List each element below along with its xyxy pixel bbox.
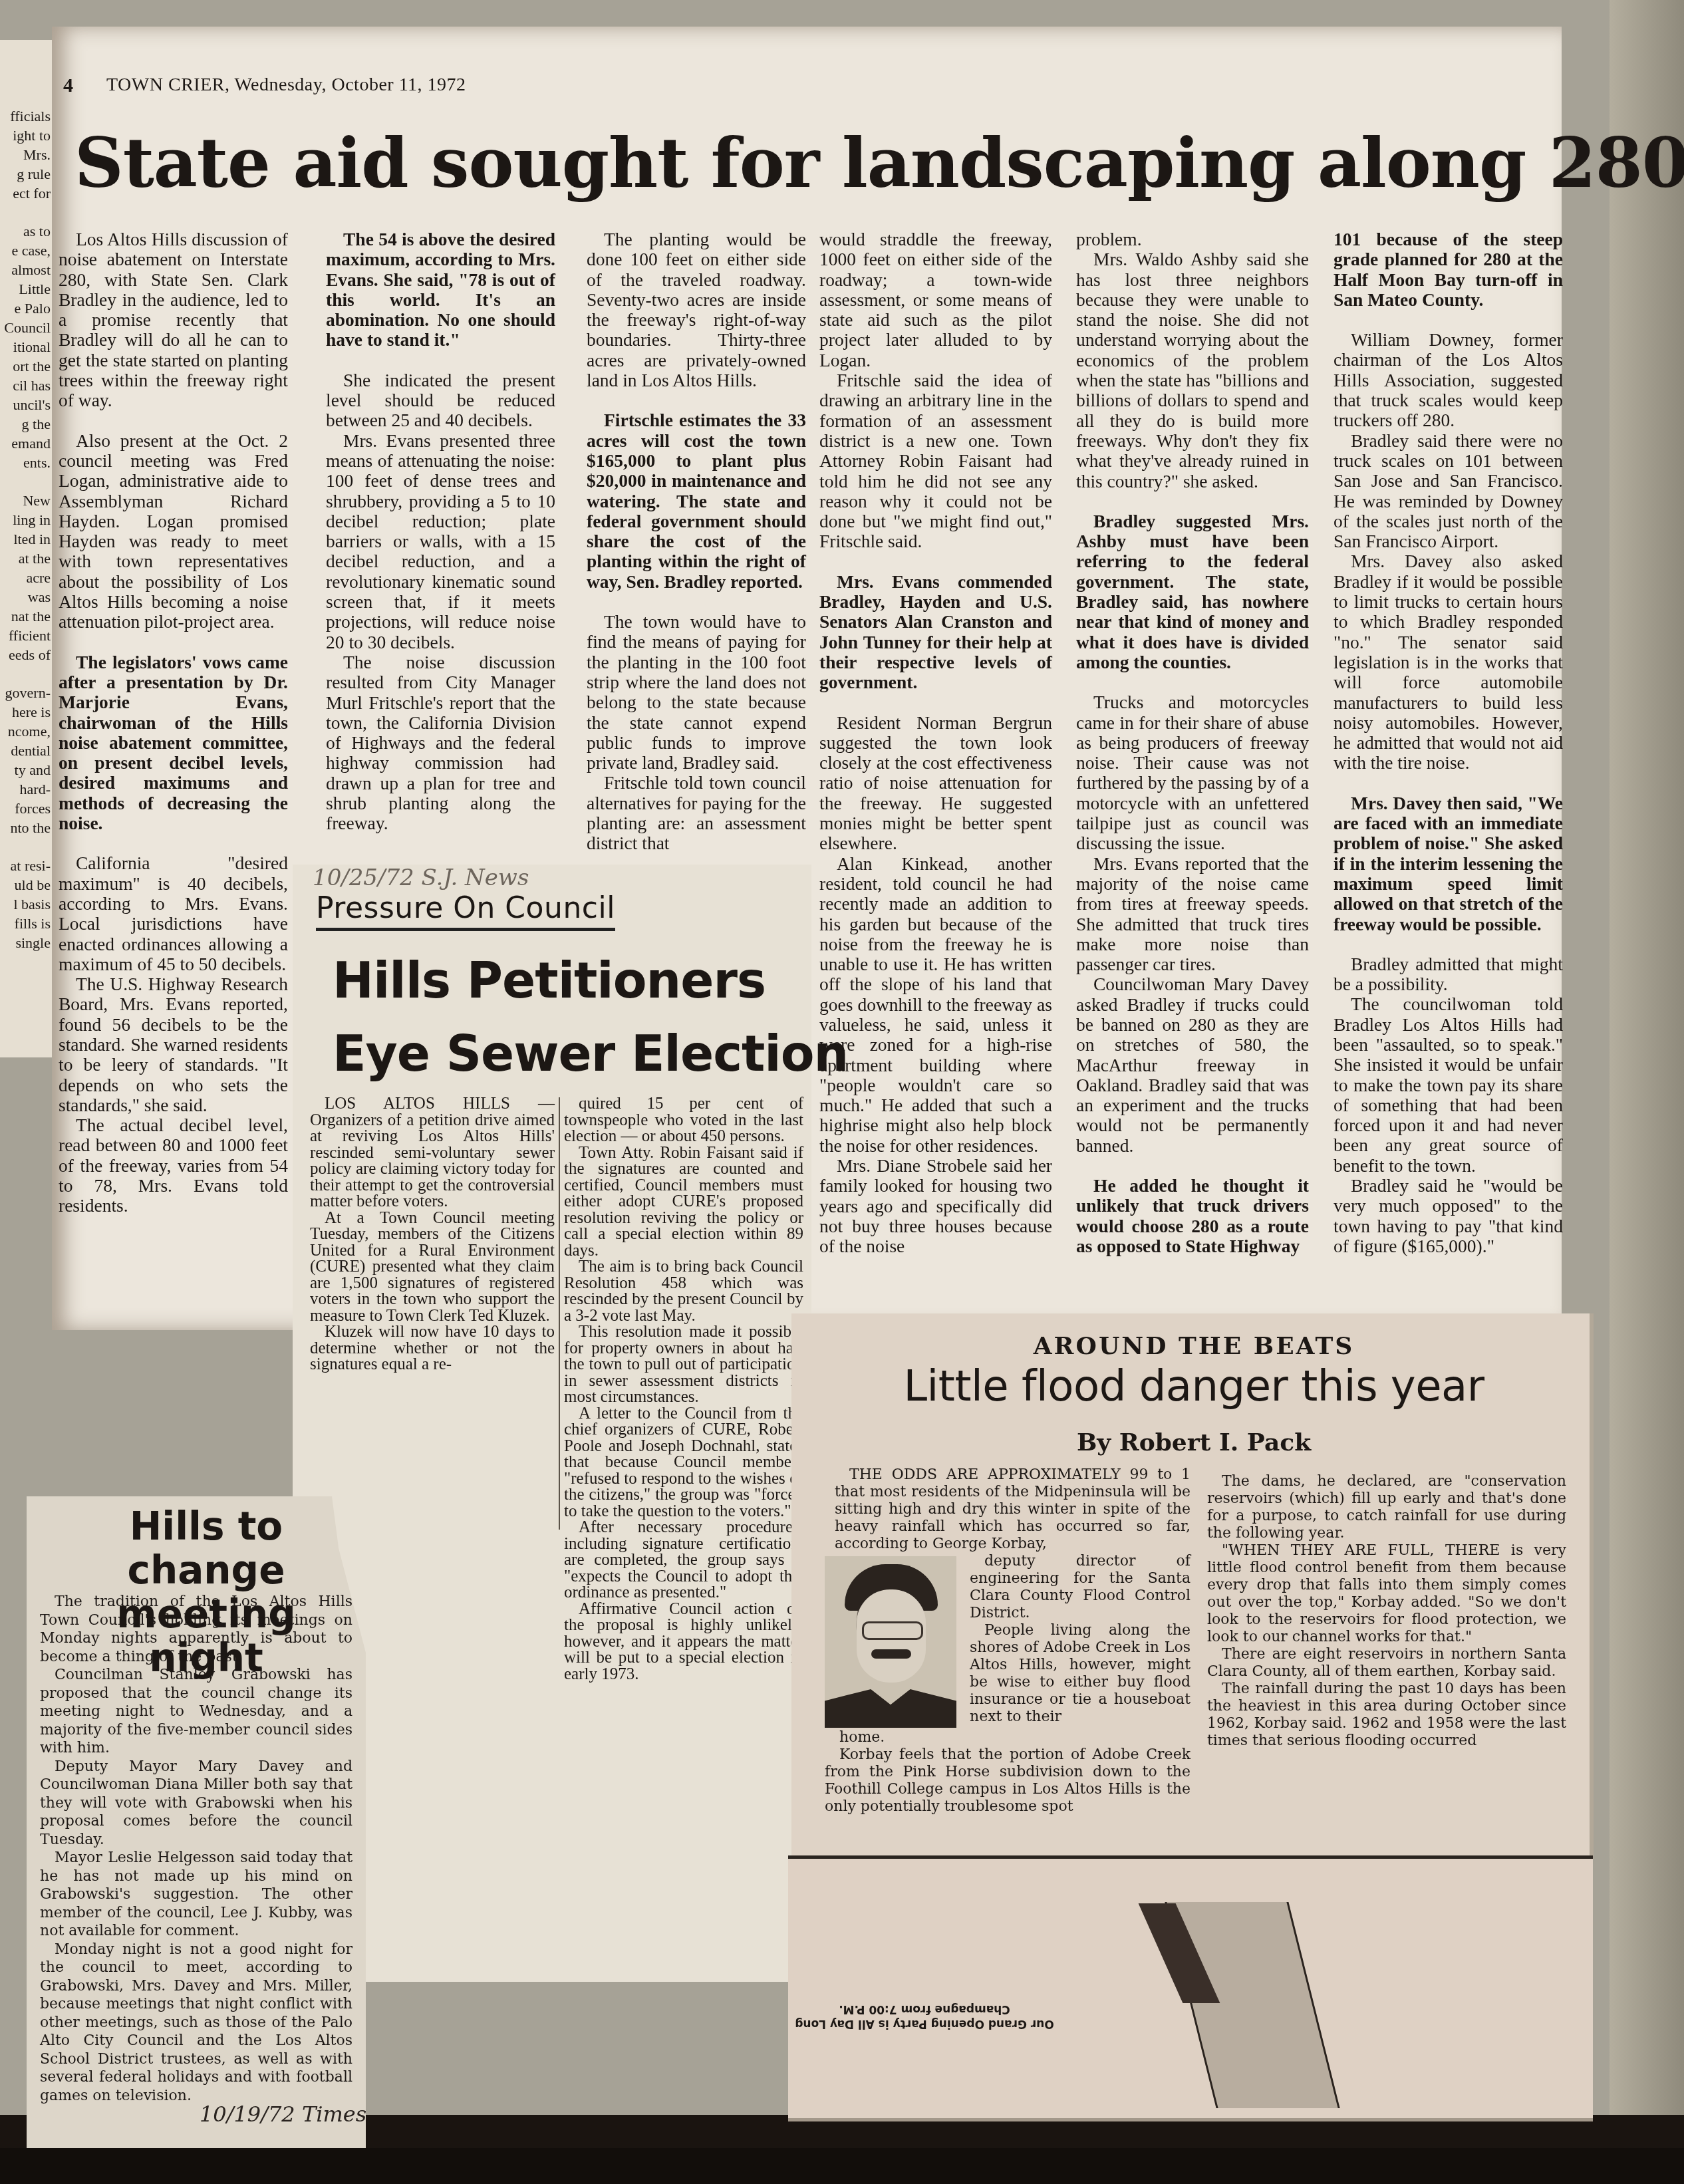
fragment-line: at resi- (0, 856, 51, 875)
fragment-line: ents. (0, 453, 51, 472)
fragment-line: emand (0, 434, 51, 453)
fragment-line: nto the (0, 818, 51, 837)
dateline: TOWN CRIER, Wednesday, October 11, 1972 (106, 74, 466, 96)
fragment-line: as to (0, 221, 51, 241)
petition-column-2: quired 15 per cent of townspeople who vo… (564, 1096, 803, 1683)
column-rule (559, 1097, 560, 1530)
article-column-1: Los Altos Hills discussion of noise abat… (59, 229, 288, 1236)
article-paragraph: Mrs. Evans reported that the majority of… (1076, 854, 1309, 975)
fragment-line: cil has (0, 376, 51, 395)
fragment-line: Council (0, 318, 51, 337)
photo-suit (825, 1689, 956, 1728)
flood-lede-text: THE ODDS ARE APPROXIMATELY 99 to 1 that … (835, 1466, 1191, 1553)
flood-beside-photo: deputy director of engineering for the S… (970, 1553, 1191, 1726)
paragraph: The tradition of the Los Altos Hills Tow… (40, 1593, 352, 1666)
portrait-photo (825, 1556, 956, 1728)
article-paragraph: Mrs. Evans presented three means of atte… (326, 431, 555, 652)
ad-line-2: Champagne from 7:00 P.M. (791, 2002, 1057, 2016)
fragment-line: at the (0, 549, 51, 568)
paragraph: Town Atty. Robin Faisant said if the sig… (564, 1145, 803, 1260)
photo-glasses (862, 1621, 923, 1640)
paragraph: The rainfall during the past 10 days has… (1207, 1681, 1566, 1750)
article-paragraph: Bradley said there were no truck scales … (1333, 431, 1563, 552)
fragment-line: ort the (0, 356, 51, 376)
article-paragraph: Fritschle told town council alternatives… (587, 773, 806, 853)
article-paragraph: Also present at the Oct. 2 council meeti… (59, 431, 288, 632)
flood-headline: Little flood danger this year (798, 1362, 1590, 1411)
article-paragraph: Resident Norman Bergrun suggested the to… (819, 713, 1052, 854)
fragment-line: forces (0, 799, 51, 818)
article-paragraph: The planting would be done 100 feet on e… (587, 229, 806, 390)
fragment-line: ty and (0, 760, 51, 779)
fragment-line: eeds of (0, 645, 51, 664)
fragment-line: New (0, 491, 51, 510)
petition-headline: Hills Petitioners Eye Sewer Election (333, 944, 848, 1091)
fragment-line: fficient (0, 626, 51, 645)
photo-moustache (871, 1649, 911, 1659)
paragraph: At a Town Council meeting Tuesday, membe… (310, 1210, 555, 1325)
ad-line-1: Our Grand Opening Party is All Day Long (791, 2016, 1057, 2031)
article-column-5: problem.Mrs. Waldo Ashby said she has lo… (1076, 229, 1309, 1276)
article-paragraph: The noise discussion resulted from City … (326, 652, 555, 834)
album-shadow (0, 2148, 1684, 2184)
article-column-3: The planting would be done 100 feet on e… (587, 229, 806, 874)
fragment-line: almost (0, 260, 51, 279)
fragment-line (0, 472, 51, 491)
article-paragraph: Trucks and motorcycles came in for their… (1076, 692, 1309, 853)
article-paragraph: problem. (1076, 229, 1309, 249)
fragment-line: here is (0, 702, 51, 722)
paragraph: home. (825, 1729, 1191, 1746)
fragment-line: e case, (0, 241, 51, 260)
paragraph: Deputy Mayor Mary Davey and Councilwoman… (40, 1758, 352, 1849)
fragment-line: ect for (0, 184, 51, 203)
paragraph: People living along the shores of Adobe … (970, 1622, 1191, 1726)
article-column-2: The 54 is above the desired maximum, acc… (326, 229, 555, 854)
paragraph: Mayor Leslie Helgesson said today that h… (40, 1849, 352, 1941)
fragment-line: ling in (0, 510, 51, 529)
article-paragraph: California "desired maximum" is 40 decib… (59, 853, 288, 974)
fragment-line: e Palo (0, 299, 51, 318)
fragment-line: uld be (0, 875, 51, 894)
article-paragraph: Mrs. Diane Strobele said her family look… (819, 1156, 1052, 1256)
article-paragraph: He added he thought it unlikely that tru… (1076, 1176, 1309, 1256)
meeting-headline-line-1: Hills to change (63, 1504, 349, 1592)
paragraph: Councilman Stanley Grabowski has propose… (40, 1666, 352, 1758)
article-column-4: would straddle the freeway, 1000 feet on… (819, 229, 1052, 1277)
article-paragraph: The legislators' vows came after a prese… (59, 652, 288, 834)
paragraph: "WHEN THEY ARE FULL, THERE is very littl… (1207, 1542, 1566, 1646)
fragment-line: ight to (0, 126, 51, 145)
paragraph: A letter to the Council from the chief o… (564, 1406, 803, 1520)
fragment-line: dential (0, 741, 51, 760)
article-paragraph: would straddle the freeway, 1000 feet on… (819, 229, 1052, 370)
fragment-line: was (0, 587, 51, 607)
flood-column-2: The dams, he declared, are "conservation… (1207, 1473, 1566, 1750)
paragraph: deputy director of engineering for the S… (970, 1553, 1191, 1622)
handwritten-times-note: 10/19/72 Times (200, 2102, 366, 2127)
article-paragraph: Bradley suggested Mrs. Ashby must have b… (1076, 511, 1309, 672)
article-paragraph: Firtschle estimates the 33 acres will co… (587, 410, 806, 592)
fragment-line: fficials (0, 106, 51, 126)
fragment-line: lted in (0, 529, 51, 549)
fragment-line: hard- (0, 779, 51, 799)
paragraph: The dams, he declared, are "conservation… (1207, 1473, 1566, 1542)
fragment-line: Little (0, 279, 51, 299)
article-paragraph: Councilwoman Mary Davey asked Bradley if… (1076, 974, 1309, 1156)
paragraph: Kluzek will now have 10 days to determin… (310, 1324, 555, 1373)
fragment-line: nat the (0, 607, 51, 626)
article-paragraph: She indicated the present level should b… (326, 370, 555, 431)
fragment-line (0, 837, 51, 856)
petition-kicker: Pressure On Council (316, 891, 615, 931)
petition-column-1: LOS ALTOS HILLS — Organizers of a petiti… (310, 1096, 555, 1373)
fragment-line: ncome, (0, 722, 51, 741)
byline: By Robert I. Pack (798, 1429, 1590, 1456)
article-paragraph: Bradley said he "would be very much oppo… (1333, 1176, 1563, 1256)
ad-text-upside-down: Our Grand Opening Party is All Day Long … (791, 2002, 1057, 2031)
article-paragraph: Mrs. Davey also asked Bradley if it woul… (1333, 551, 1563, 773)
petition-headline-line-2: Eye Sewer Election (333, 1018, 848, 1091)
article-paragraph: The 54 is above the desired maximum, acc… (326, 229, 555, 350)
fragment-line: uncil's (0, 395, 51, 414)
paragraph: Monday night is not a good night for the… (40, 1941, 352, 2106)
fragment-line (0, 664, 51, 683)
article-paragraph: William Downey, former chairman of the L… (1333, 330, 1563, 430)
paragraph: The aim is to bring back Council Resolut… (564, 1259, 803, 1324)
previous-page-fragment: fficialsight toMrs.g ruleect foras toe c… (0, 40, 53, 1057)
fragment-line: Mrs. (0, 145, 51, 164)
main-headline: State aid sought for landscaping along 2… (74, 126, 1558, 201)
article-paragraph: Mrs. Evans commended Bradley, Hayden and… (819, 572, 1052, 693)
album-edge (1610, 0, 1684, 2115)
article-column-6: 101 because of the steep grade planned f… (1333, 229, 1563, 1276)
fragment-line: l basis (0, 894, 51, 914)
flood-column-1-bottom: home.Korbay feels that the portion of Ad… (825, 1729, 1191, 1816)
paragraph: Affirmative Council action on the propos… (564, 1601, 803, 1683)
fragment-line: fills is (0, 914, 51, 933)
article-paragraph: The councilwoman told Bradley Los Altos … (1333, 994, 1563, 1176)
page-number: 4 (63, 74, 73, 97)
fragment-line: acre (0, 568, 51, 587)
article-paragraph: Mrs. Davey then said, "We are faced with… (1333, 793, 1563, 934)
article-paragraph: Mrs. Waldo Ashby said she has lost three… (1076, 249, 1309, 491)
article-paragraph: The U.S. Highway Research Board, Mrs. Ev… (59, 974, 288, 1115)
article-paragraph: Los Altos Hills discussion of noise abat… (59, 229, 288, 411)
flood-lede: THE ODDS ARE APPROXIMATELY 99 to 1 that … (835, 1466, 1191, 1553)
meeting-body: The tradition of the Los Altos Hills Tow… (40, 1593, 352, 2105)
fragment-line: g rule (0, 164, 51, 184)
handwritten-date-note: 10/25/72 S.J. News (313, 865, 529, 891)
article-paragraph: Fritschle said the idea of drawing an ar… (819, 370, 1052, 552)
fragment-line: govern- (0, 683, 51, 702)
fragment-line: single (0, 933, 51, 952)
paragraph: There are eight reservoirs in northern S… (1207, 1646, 1566, 1681)
paragraph: quired 15 per cent of townspeople who vo… (564, 1096, 803, 1145)
article-paragraph: The town would have to find the means of… (587, 612, 806, 773)
fragment-line: itional (0, 337, 51, 356)
section-label: AROUND THE BEATS (798, 1332, 1590, 1360)
article-paragraph: Bradley admitted that might be a possibi… (1333, 954, 1563, 995)
paragraph: LOS ALTOS HILLS — Organizers of a petiti… (310, 1096, 555, 1210)
article-paragraph: 101 because of the steep grade planned f… (1333, 229, 1563, 310)
paragraph: Korbay feels that the portion of Adobe C… (825, 1746, 1191, 1816)
article-paragraph: Alan Kinkead, another resident, told cou… (819, 854, 1052, 1156)
article-paragraph: The actual decibel level, read between 8… (59, 1115, 288, 1216)
paragraph: After necessary procedures, including si… (564, 1520, 803, 1601)
fragment-line: g the (0, 414, 51, 434)
fragment-line (0, 203, 51, 221)
paragraph: This resolution made it possible for pro… (564, 1324, 803, 1406)
petition-headline-line-1: Hills Petitioners (333, 944, 848, 1018)
